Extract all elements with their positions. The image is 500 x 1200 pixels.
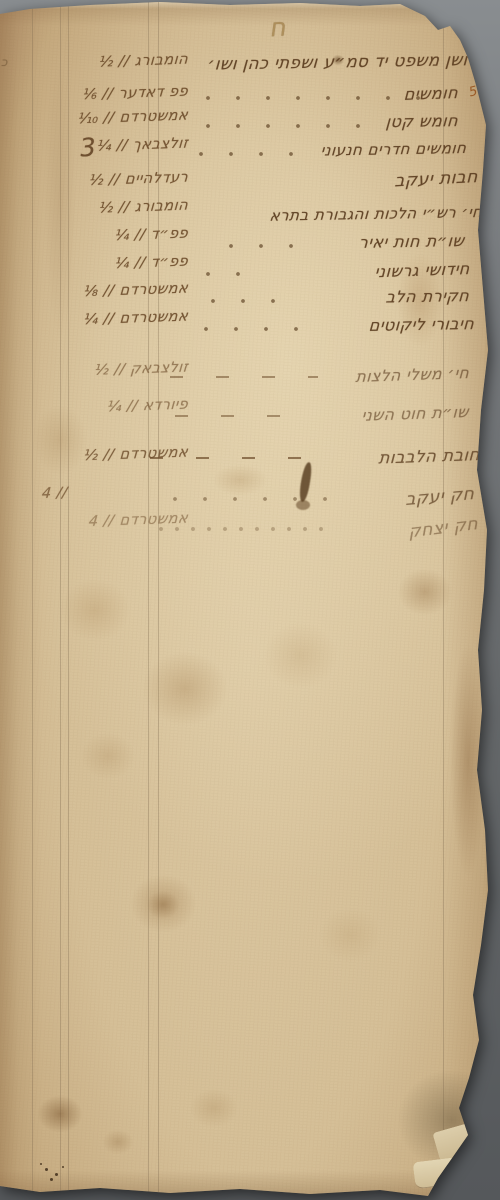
catalog-entry-row: חשן משפט יד סמ״ע ושפתי כהן ושו׳הומבורג /… (0, 50, 500, 80)
entry-title: חק יעקב (405, 484, 474, 510)
paper-stain (130, 641, 240, 736)
paper-stain (73, 726, 143, 786)
dot-leader (205, 95, 435, 101)
catalog-entry-row: חומשים חדרים חנעוניזולצבאך // ¼ (0, 139, 500, 169)
imprint-price-label: // 4 (41, 484, 103, 502)
entry-title: שו״ת חוט השני (361, 403, 470, 425)
manuscript-page: ח כ 3 חשן משפט יד סמ״ע ושפתי כהן ושו׳הומ… (0, 0, 500, 1200)
paper-stain (98, 1126, 138, 1158)
dot-leader (198, 151, 313, 157)
check-mark: // (486, 169, 494, 183)
dot-leader (205, 123, 380, 129)
catalog-entry-row: חיבורי ליקוטיםאמשטרדם // ¼ (0, 314, 500, 344)
dot-leader (228, 243, 298, 249)
check-mark: // (486, 205, 494, 219)
paper-stain (382, 1055, 500, 1185)
entry-title: חובת הלבבות (378, 445, 481, 468)
imprint-price-label: רעדלהיים // ½ (45, 170, 189, 191)
imprint-price-label: זולצבאך // ¼ (45, 136, 189, 157)
entry-title: חי׳ רש״י הלכות והגבורת בתרא (268, 203, 482, 225)
dash-leader (175, 415, 303, 417)
imprint-price-label: אמשטרדם // ½ (45, 445, 189, 466)
imprint-price-label: הומבורג // ½ (45, 52, 189, 73)
torn-top-edge-highlight (0, 0, 500, 9)
entry-title: שו״ת חות יאיר (358, 231, 465, 252)
imprint-price-label: אמשטרדם // ⅒ (45, 108, 189, 129)
imprint-price-label: פפ דאדער // ⅙ (45, 84, 189, 105)
dot-leader (203, 326, 303, 332)
catalog-entry-row: חומש קטןאמשטרדם // ⅒ (0, 111, 500, 141)
imprint-price-label: זולצבאק // ½ (45, 360, 189, 381)
dot-leader (158, 526, 330, 532)
ink-speck (40, 1163, 42, 1165)
entry-title: חשן משפט יד סמ״ע ושפתי כהן ושו׳ (207, 50, 475, 74)
entry-title: חקירת הלב (385, 286, 470, 306)
entry-title: חידושי גרשוני (374, 259, 471, 281)
margin-note: 5 // (467, 81, 491, 101)
catalog-entry-row: חובת הלבבותאמשטרדם // ½ (0, 445, 500, 475)
paper-stain (310, 900, 390, 970)
torn-corner-flap (413, 1154, 488, 1190)
catalog-entry-row: חק יצחקאמשטרדם // 4 (0, 514, 500, 544)
paper-stain (390, 562, 460, 622)
dot-leader (205, 271, 255, 277)
ink-blot-small (296, 500, 310, 510)
catalog-entry-row: חומשיםפפ דאדער // ⅙5 // (0, 83, 500, 113)
entry-title: חומשים חדרים חנעוני (320, 139, 467, 160)
entry-title: חק יצחק (408, 514, 478, 542)
paper-stain (183, 1083, 245, 1133)
paper-stain (50, 570, 140, 650)
entry-title: חיבורי ליקוטים (368, 314, 475, 335)
scan-background: ח כ 3 חשן משפט יד סמ״ע ושפתי כהן ושו׳הומ… (0, 0, 500, 1200)
catalog-entry-row: חי׳ משלי הלצותזולצבאק // ½ (0, 364, 500, 394)
imprint-price-label: פיורדא // ¼ (45, 397, 189, 418)
entry-title: חי׳ משלי הלצות (355, 364, 470, 386)
ink-speck (45, 1168, 48, 1171)
ink-speck (50, 1178, 53, 1181)
paper-stain (445, 610, 491, 910)
manuscript-page-wrap: ח כ 3 חשן משפט יד סמ״ע ושפתי כהן ושו׳הומ… (0, 0, 500, 1200)
ink-speck (62, 1166, 64, 1168)
paper-stain (121, 866, 206, 941)
catalog-entry-row: שו״ת חוט השניפיורדא // ¼ (0, 403, 500, 433)
dot-leader (210, 298, 298, 304)
entry-title: חומש קטן (385, 111, 459, 131)
section-letter-heading: ח (268, 13, 286, 43)
entry-title: חבות יעקב (394, 167, 478, 191)
imprint-price-label: הומבורג // ½ (45, 198, 189, 219)
paper-stain (253, 613, 348, 698)
catalog-entry-row: חק יעקב// 4 (0, 484, 500, 514)
dash-leader (170, 376, 318, 378)
catalog-entry-row: חבות יעקברעדלהיים // ½// (0, 167, 500, 197)
ink-speck (55, 1173, 58, 1176)
